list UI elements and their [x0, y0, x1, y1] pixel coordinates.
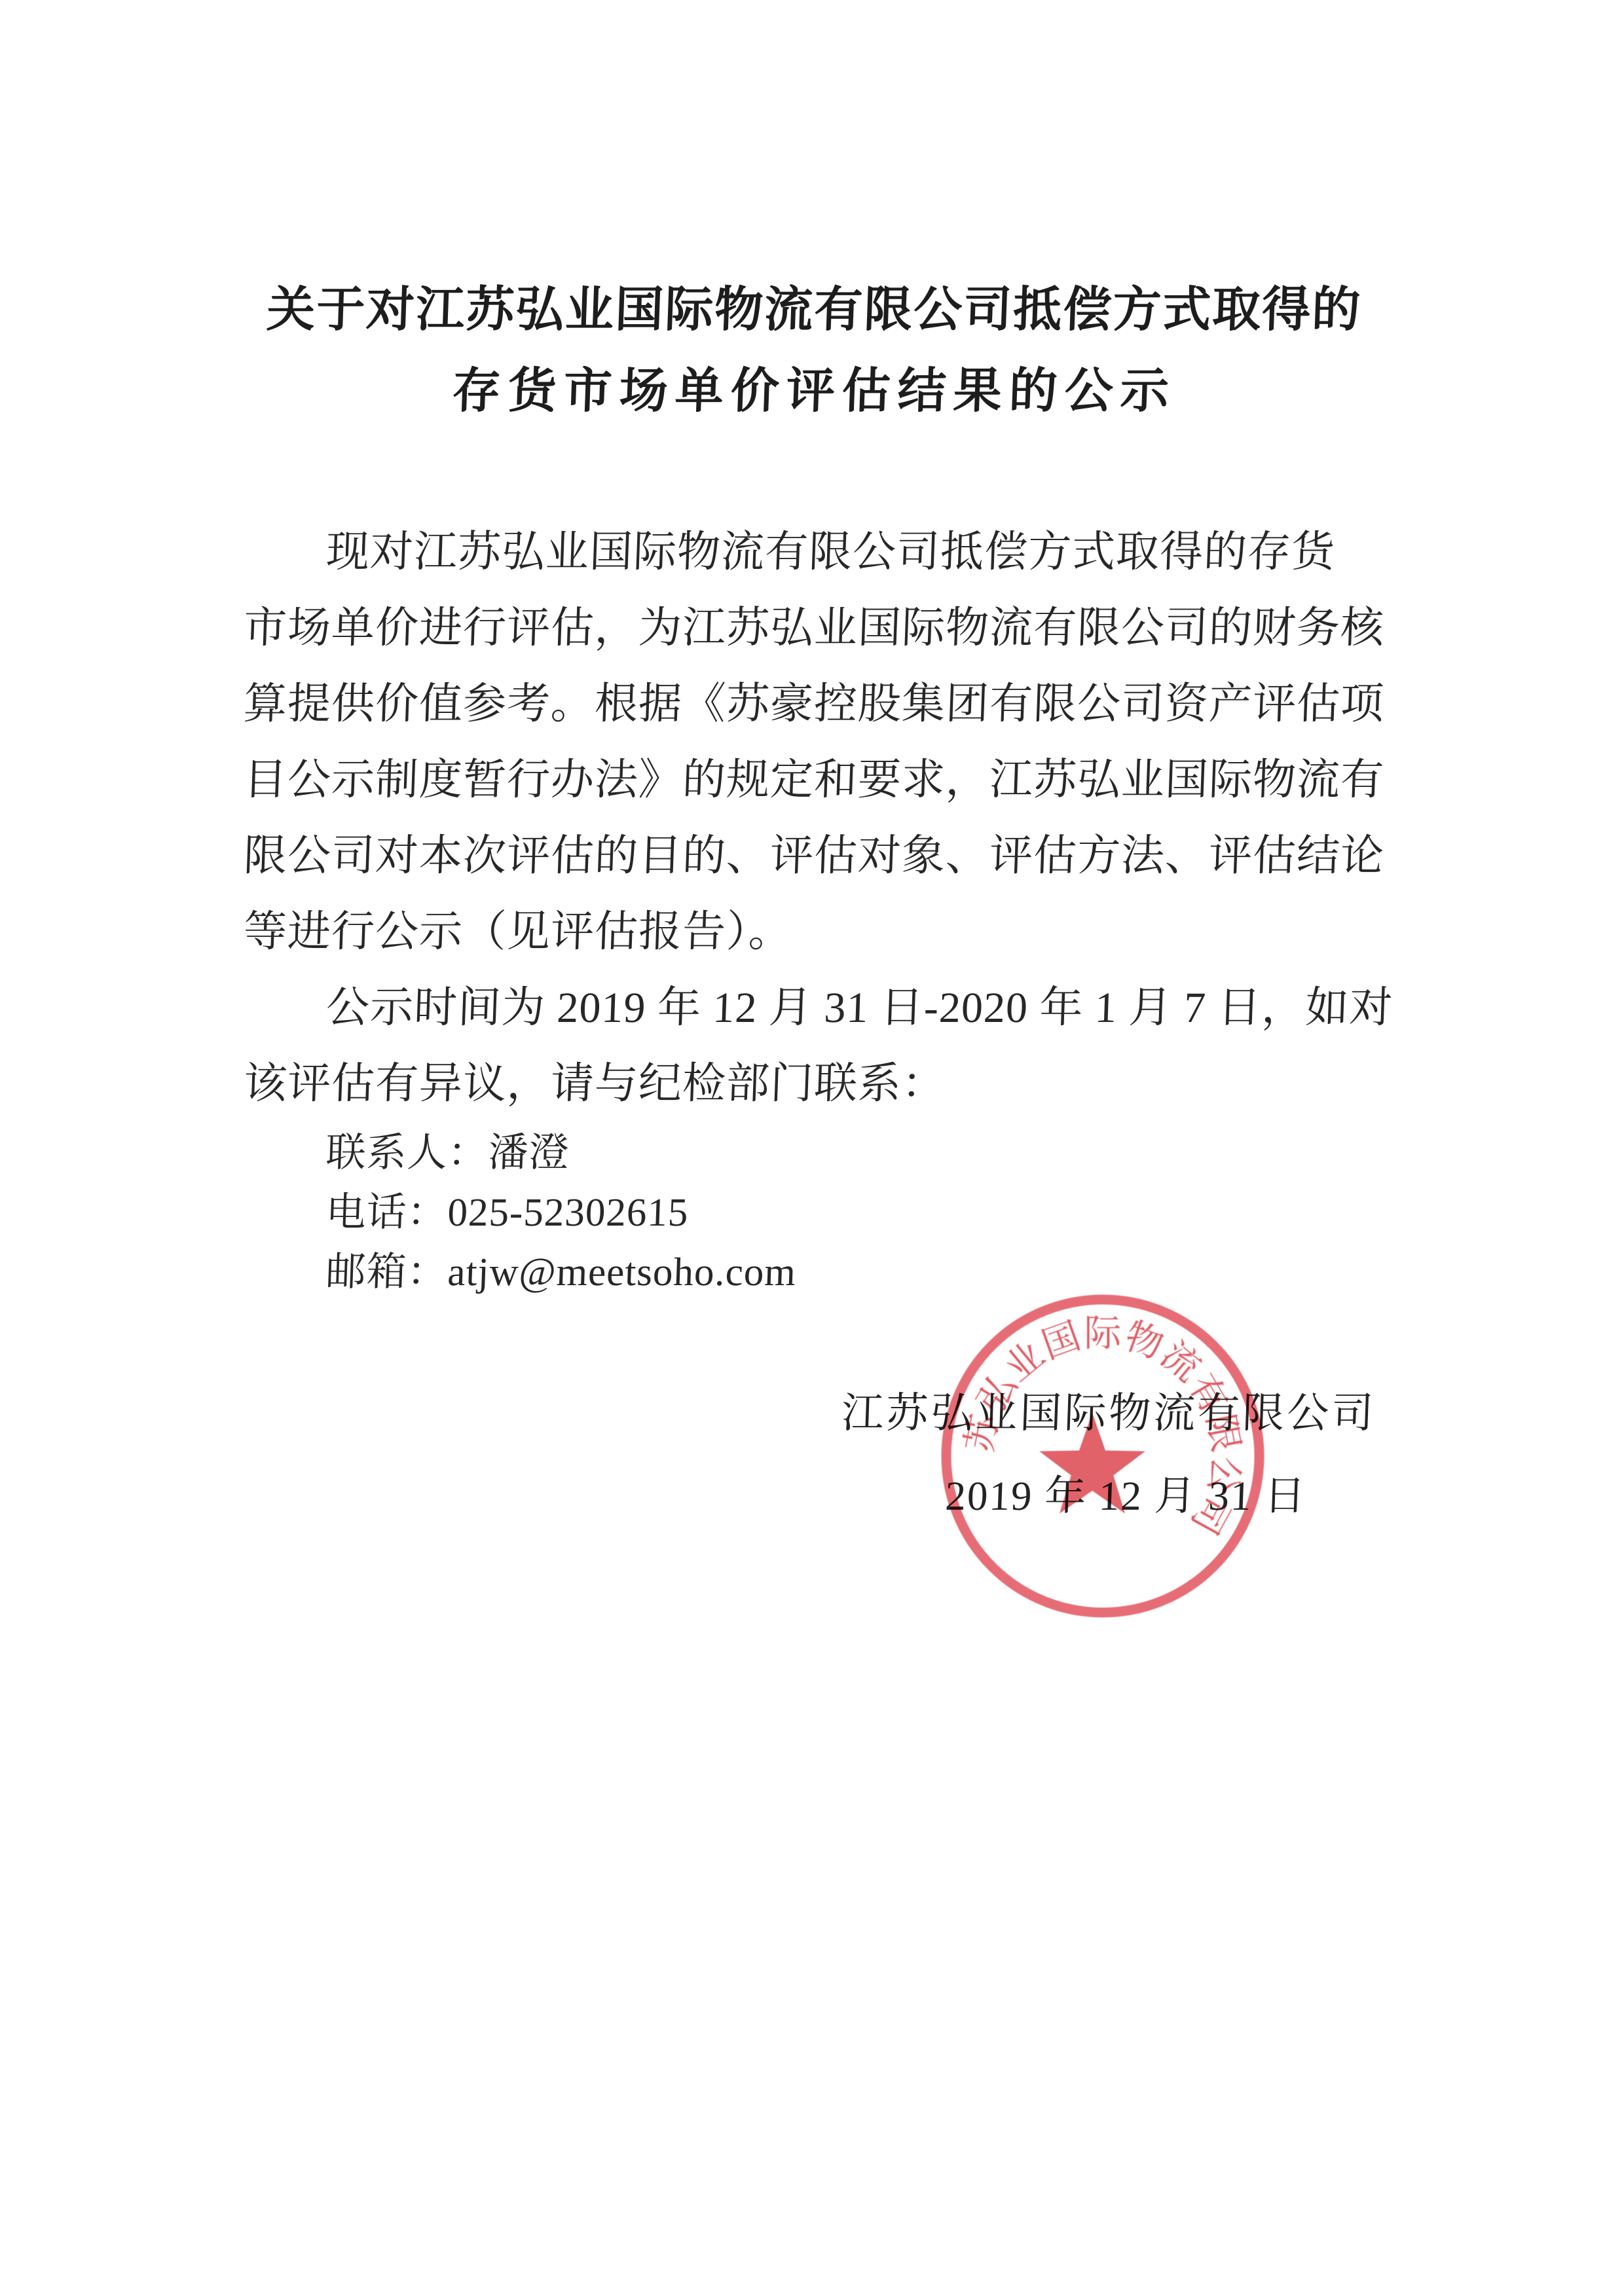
contact-person-line: 联系人：潘澄 — [242, 1123, 1385, 1183]
contact-phone-line: 电话：025-52302615 — [242, 1183, 1385, 1243]
body-line-8: 该评估有异议，请与纪检部门联系： — [242, 1046, 1397, 1122]
stamp-ring-text: 江苏弘业国际物流有限公司 — [932, 1286, 1273, 1544]
body-line-7: 公示时间为 2019 年 12 月 31 日-2020 年 1 月 7 日，如对 — [242, 970, 1397, 1046]
document-page: { "document": { "title": { "line1": "关于对… — [0, 0, 1624, 2296]
body-line-6: 等进行公示（见评估报告）。 — [242, 894, 1397, 970]
notice-title-line-2: 存货市场单价评估结果的公示 — [242, 351, 1386, 432]
body-line-4: 目公示制度暂行办法》的规定和要求，江苏弘业国际物流有 — [242, 742, 1397, 818]
body-line-5: 限公司对本次评估的目的、评估对象、评估方法、评估结论 — [242, 818, 1397, 894]
star-icon — [1039, 1413, 1145, 1514]
company-seal-stamp: 江苏弘业国际物流有限公司 — [932, 1286, 1273, 1626]
body-line-1: 现对江苏弘业国际物流有限公司抵偿方式取得的存货 — [242, 515, 1397, 591]
notice-title-line-1: 关于对江苏弘业国际物流有限公司抵偿方式取得的 — [242, 270, 1386, 351]
notice-title: 关于对江苏弘业国际物流有限公司抵偿方式取得的 存货市场单价评估结果的公示 — [242, 270, 1383, 432]
body-line-2: 市场单价进行评估，为江苏弘业国际物流有限公司的财务核 — [242, 591, 1397, 666]
stamp-ring-text-holder: 江苏弘业国际物流有限公司 — [932, 1286, 1273, 1544]
scanned-notice-page: 关于对江苏弘业国际物流有限公司抵偿方式取得的 存货市场单价评估结果的公示 现对江… — [0, 0, 1624, 2296]
body-line-3: 算提供价值参考。根据《苏豪控股集团有限公司资产评估项 — [242, 666, 1397, 742]
contact-block: 联系人：潘澄 电话：025-52302615 邮箱：atjw@meetsoho.… — [242, 1123, 1383, 1302]
notice-body: 现对江苏弘业国际物流有限公司抵偿方式取得的存货 市场单价进行评估，为江苏弘业国际… — [242, 515, 1395, 1122]
